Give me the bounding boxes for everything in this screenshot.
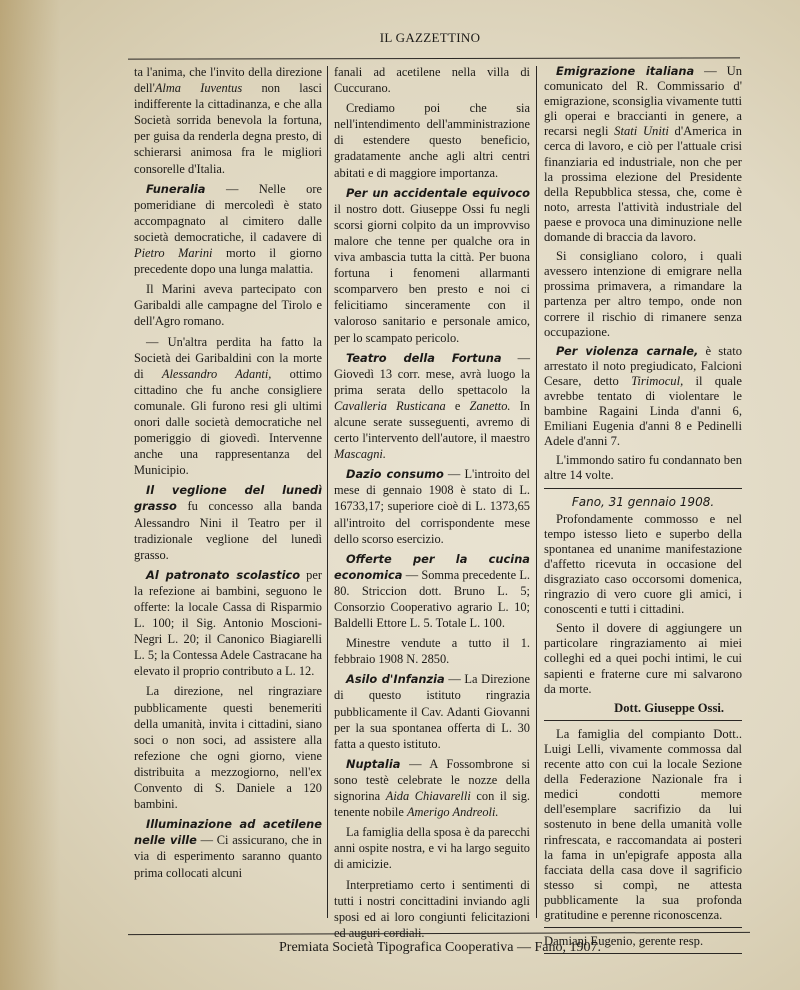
article-veglione: Il veglione del lunedì grasso fu concess… [134, 482, 322, 562]
printer-imprint: Premiata Società Tipografica Cooperativa… [120, 940, 760, 956]
paragraph-minestre: Minestre vendute a tutto il 1. febbraio … [334, 635, 530, 667]
paragraph-lelli: La famiglia del compianto Dott.. Luigi L… [544, 727, 742, 923]
article-funeralia: Funeralia — Nelle ore pomeridiane di mer… [134, 181, 322, 278]
article-teatro: Teatro della Fortuna — Giovedì 13 corr. … [334, 350, 530, 463]
article-asilo: Asilo d'Infanzia — La Direzione di quest… [334, 671, 530, 751]
article-dazio: Dazio consumo — L'introito del mese di g… [334, 466, 530, 546]
paragraph-direzione: La direzione, nel ringraziare pubblicame… [134, 683, 322, 812]
headline-dazio: Dazio consumo [346, 467, 444, 481]
paragraph-profondamente: Profondamente commosso e nel tempo istes… [544, 512, 742, 618]
header-rule [128, 57, 740, 59]
paragraph-adanti: — Un'altra perdita ha fatto la Società d… [134, 334, 322, 479]
section-rule [544, 927, 742, 928]
headline-violenza: Per violenza carnale, [556, 344, 698, 358]
article-illuminazione: Illuminazione ad acetilene nelle ville —… [134, 816, 322, 880]
section-rule [544, 488, 742, 489]
paragraph-immondo: L'immondo satiro fu condannato ben altre… [544, 453, 742, 483]
paragraph-famiglia-sposa: La famiglia della sposa è da parecchi an… [334, 824, 530, 872]
paragraph-marini: Il Marini aveva partecipato con Garibald… [134, 281, 322, 329]
column-divider [536, 66, 537, 918]
paragraph-interpretiamo: Interpretiamo certo i sentimenti di tutt… [334, 877, 530, 941]
article-emigrazione: Emigrazione italiana — Un comunicato del… [544, 64, 742, 245]
headline-teatro: Teatro della Fortuna [346, 351, 502, 365]
column-1: ta l'anima, che l'invito della direzione… [134, 64, 322, 924]
column-divider [327, 66, 328, 918]
article-violenza: Per violenza carnale, è stato arrestato … [544, 344, 742, 450]
headline-emigrazione: Emigrazione italiana [556, 64, 694, 78]
article-patronato: Al patronato scolastico per la refezione… [134, 567, 322, 680]
headline-funeralia: Funeralia [146, 182, 205, 196]
paragraph-crediamo: Crediamo poi che sia nell'intendimento d… [334, 100, 530, 180]
article-equivoco: Per un accidentale equivoco il nostro do… [334, 185, 530, 346]
column-3: Emigrazione italiana — Un comunicato del… [544, 64, 742, 924]
headline-asilo: Asilo d'Infanzia [346, 672, 445, 686]
column-2: fanali ad acetilene nella villa di Cuccu… [334, 64, 530, 924]
headline-equivoco: Per un accidentale equivoco [346, 186, 530, 200]
signature: Dott. Giuseppe Ossi. [544, 701, 742, 716]
section-rule [544, 720, 742, 721]
page-edge-shading [0, 0, 60, 990]
masthead-title: IL GAZZETTINO [120, 30, 740, 46]
article-offerte: Offerte per la cucina economica — Somma … [334, 551, 530, 631]
paragraph-consigliano: Si consigliano coloro, i quali avessero … [544, 249, 742, 340]
paragraph-sento: Sento il dovere di aggiungere un partico… [544, 621, 742, 696]
headline-nuptalia: Nuptalia [346, 757, 400, 771]
article-alma-iuventus-end: ta l'anima, che l'invito della direzione… [134, 64, 322, 177]
paragraph-illuminazione-cont: fanali ad acetilene nella villa di Cuccu… [334, 64, 530, 96]
article-nuptalia: Nuptalia — A Fossombrone si sono testè c… [334, 756, 530, 820]
headline-patronato: Al patronato scolastico [146, 568, 300, 582]
dateline: Fano, 31 gennaio 1908. [544, 495, 742, 510]
